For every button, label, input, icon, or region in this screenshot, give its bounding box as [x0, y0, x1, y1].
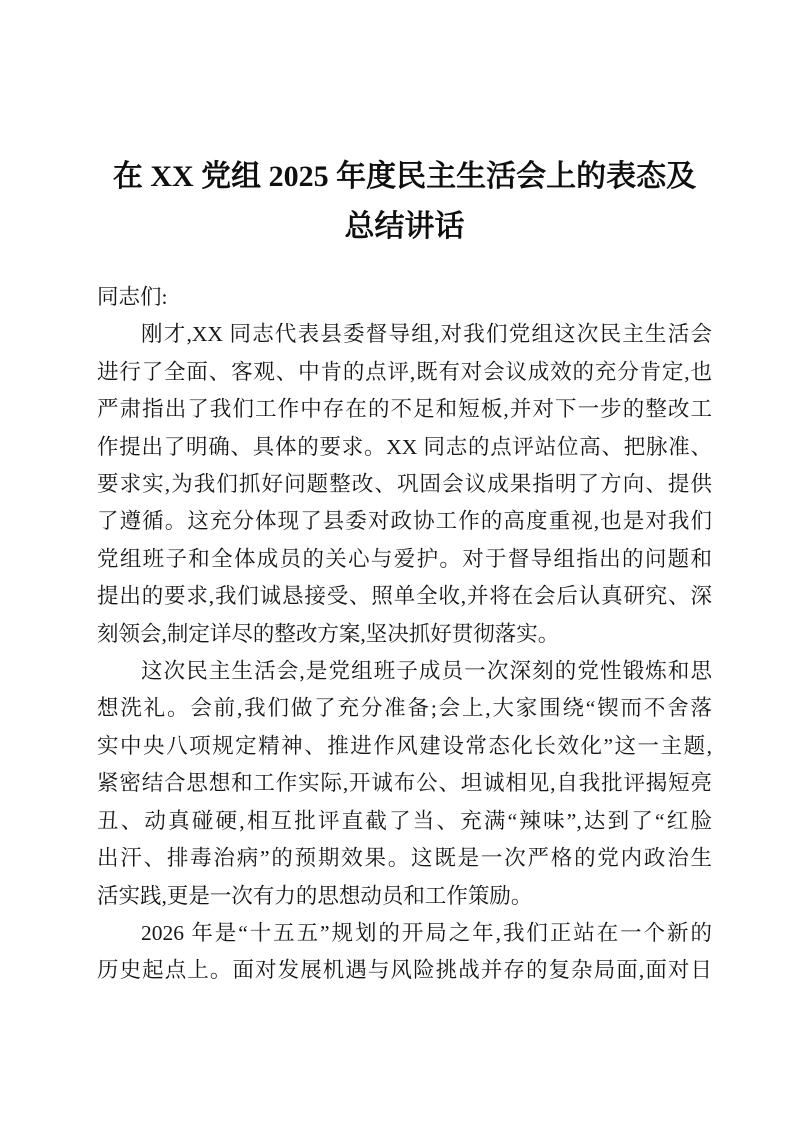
paragraph-1-line: 刚才,XX 同志代表县委督导组,对我们党组这次民主生活会: [97, 316, 712, 353]
salutation-line: 同志们:: [97, 279, 712, 316]
paragraph-2-line: 紧密结合思想和工作实际,开诚布公、坦诚相见,自我批评揭短亮: [97, 765, 712, 802]
paragraph-1-line: 严肃指出了我们工作中存在的不足和短板,并对下一步的整改工: [97, 391, 712, 428]
paragraph-1-line: 要求实,为我们抓好问题整改、巩固会议成果指明了方向、提供: [97, 466, 712, 503]
title-line-1: 在 XX 党组 2025 年度民主生活会上的表态及: [97, 152, 712, 202]
paragraph-1-line: 进行了全面、客观、中肯的点评,既有对会议成效的充分肯定,也: [97, 354, 712, 391]
paragraph-1-line: 党组班子和全体成员的关心与爱护。对于督导组指出的问题和: [97, 541, 712, 578]
paragraph-1-line: 作提出了明确、具体的要求。XX 同志的点评站位高、把脉准、: [97, 429, 712, 466]
paragraph-3-line: 2026 年是“十五五”规划的开局之年,我们正站在一个新的: [97, 915, 712, 952]
paragraph-1-line: 刻领会,制定详尽的整改方案,坚决抓好贯彻落实。: [97, 616, 712, 653]
document-title: 在 XX 党组 2025 年度民主生活会上的表态及 总结讲话: [97, 152, 712, 252]
title-line-2: 总结讲话: [97, 202, 712, 252]
document-body: 同志们: 刚才,XX 同志代表县委督导组,对我们党组这次民主生活会 进行了全面、…: [97, 279, 712, 990]
paragraph-1-line: 了遵循。这充分体现了县委对政协工作的高度重视,也是对我们: [97, 503, 712, 540]
paragraph-2-line: 出汗、排毒治病”的预期效果。这既是一次严格的党内政治生: [97, 840, 712, 877]
paragraph-2-line: 想洗礼。会前,我们做了充分准备;会上,大家围绕“锲而不舍落: [97, 690, 712, 727]
page-content: 在 XX 党组 2025 年度民主生活会上的表态及 总结讲话 同志们: 刚才,X…: [97, 152, 712, 990]
paragraph-2-line: 这次民主生活会,是党组班子成员一次深刻的党性锻炼和思: [97, 653, 712, 690]
paragraph-2-line: 活实践,更是一次有力的思想动员和工作策励。: [97, 878, 712, 915]
paragraph-1-line: 提出的要求,我们诚恳接受、照单全收,并将在会后认真研究、深: [97, 578, 712, 615]
paragraph-2-line: 实中央八项规定精神、推进作风建设常态化长效化”这一主题,: [97, 728, 712, 765]
document-page: 在 XX 党组 2025 年度民主生活会上的表态及 总结讲话 同志们: 刚才,X…: [0, 0, 800, 1131]
paragraph-3-line: 历史起点上。面对发展机遇与风险挑战并存的复杂局面,面对日: [97, 952, 712, 989]
paragraph-2-line: 丑、动真碰硬,相互批评直截了当、充满“辣味”,达到了“红脸: [97, 803, 712, 840]
